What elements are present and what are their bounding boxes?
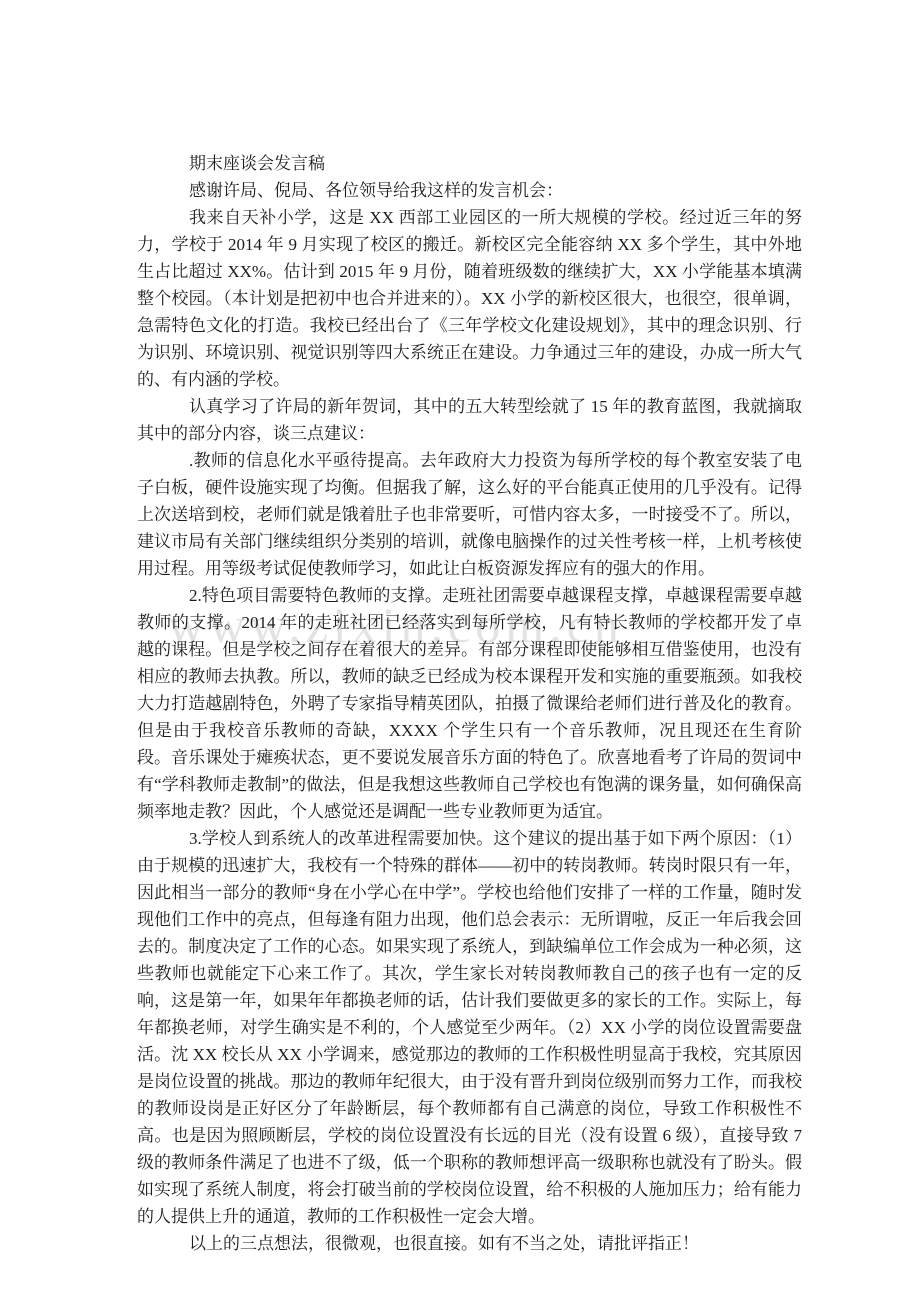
document-content: 期末座谈会发言稿 感谢许局、倪局、各位领导给我这样的发言机会： 我来自天补小学，…	[137, 150, 802, 1257]
document-page: www.zixin.com.cn 期末座谈会发言稿 感谢许局、倪局、各位领导给我…	[0, 0, 920, 1302]
paragraph-suggestion-2: 2.特色项目需要特色教师的支撑。走班社团需要卓越课程支撑，卓越课程需要卓越教师的…	[137, 582, 802, 825]
document-title: 期末座谈会发言稿	[137, 150, 802, 177]
paragraph-suggestion-3: 3.学校人到系统人的改革进程需要加快。这个建议的提出基于如下两个原因：（1）由于…	[137, 825, 802, 1230]
paragraph-intro-school: 我来自天补小学，这是 XX 西部工业园区的一所大规模的学校。经过近三年的努力，学…	[137, 204, 802, 393]
paragraph-greeting: 感谢许局、倪局、各位领导给我这样的发言机会：	[137, 177, 802, 204]
paragraph-lead-in: 认真学习了许局的新年贺词，其中的五大转型绘就了 15 年的教育蓝图，我就摘取其中…	[137, 393, 802, 447]
paragraph-closing: 以上的三点想法，很微观，也很直接。如有不当之处，请批评指正！	[137, 1230, 802, 1257]
paragraph-suggestion-1: .教师的信息化水平亟待提高。去年政府大力投资为每所学校的每个教室安装了电子白板，…	[137, 447, 802, 582]
